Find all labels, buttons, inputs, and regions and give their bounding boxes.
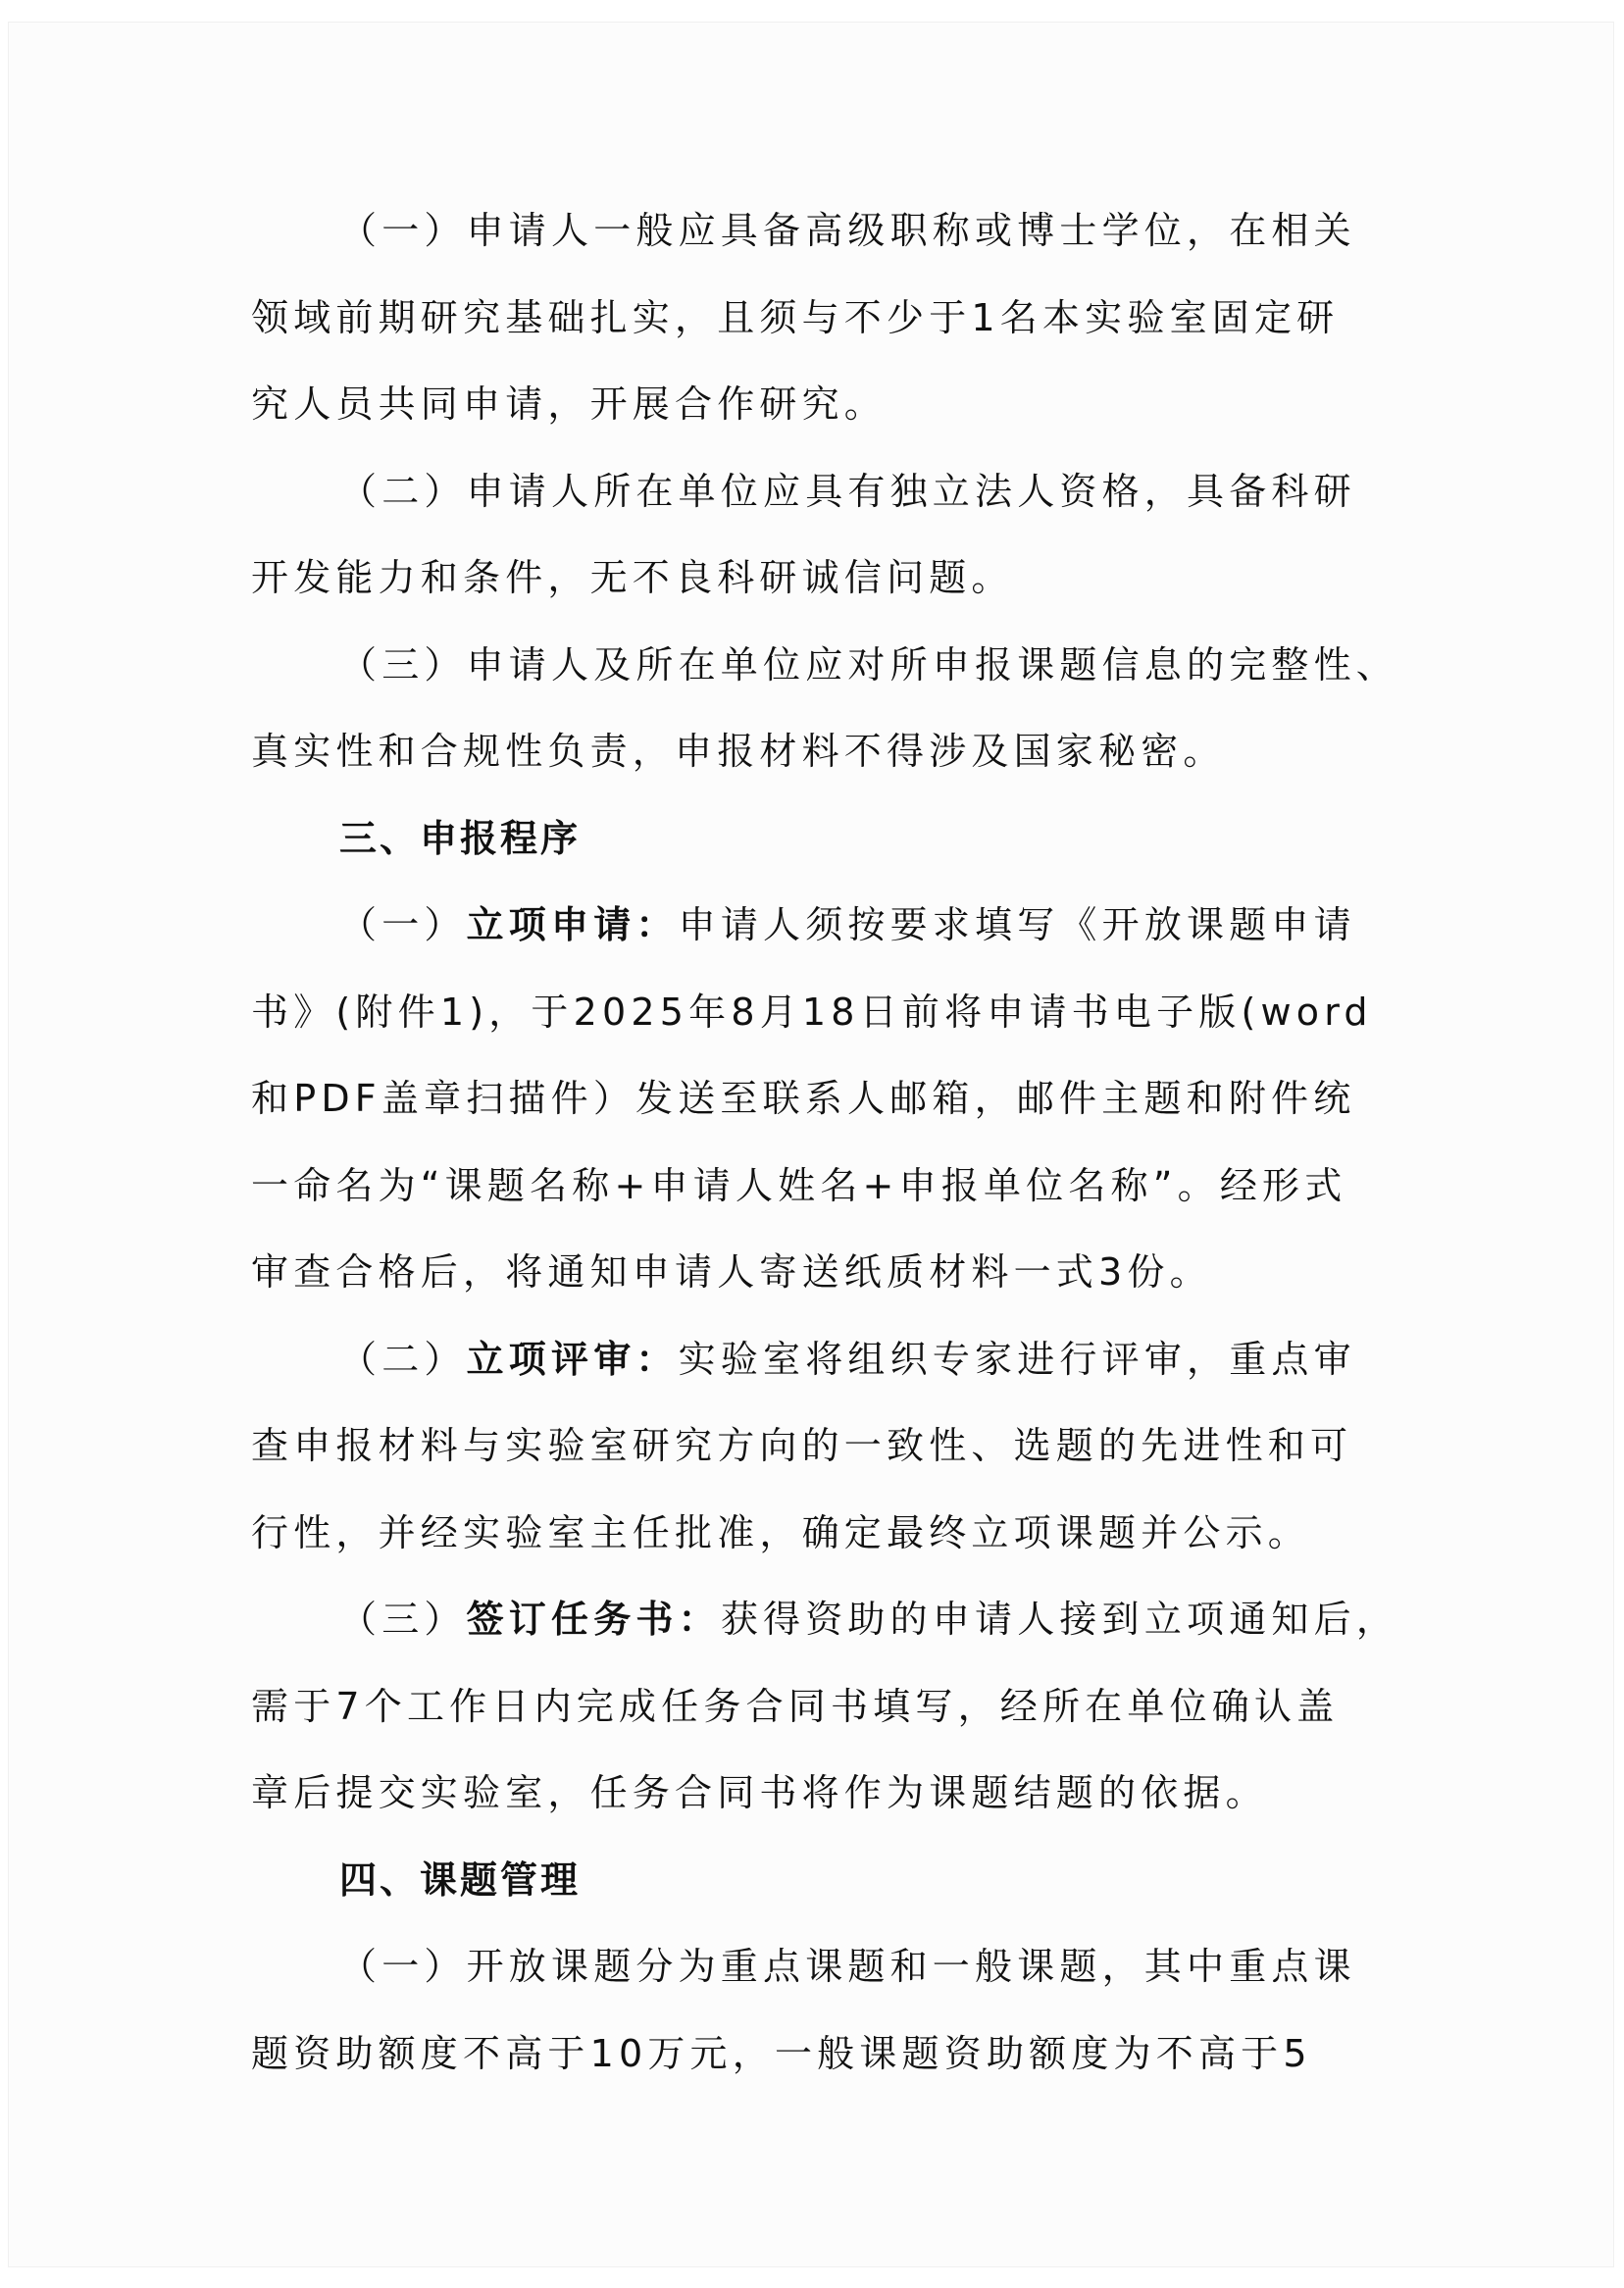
text-line: 审查合格后，将通知申请人寄送纸质材料一式3份。 [251,1243,1379,1330]
text-line: 章后提交实验室，任务合同书将作为课题结题的依据。 [251,1763,1379,1851]
management-item-1: （一）开放课题分为重点课题和一般课题，其中重点课 题资助额度不高于10万元，一般… [251,1937,1379,2110]
text-line: 和PDF盖章扫描件）发送至联系人邮箱，邮件主题和附件统 [251,1069,1379,1156]
procedure-item-review: （二）立项评审：实验室将组织专家进行评审，重点审 查申报材料与实验室研究方向的一… [251,1330,1379,1591]
item-bold-label: 立项申请： [467,903,679,946]
text-line: 行性，并经实验室主任批准，确定最终立项课题并公示。 [251,1503,1379,1591]
procedure-item-application: （一）立项申请：申请人须按要求填写《开放课题申请 书》(附件1)，于2025年8… [251,895,1379,1330]
text-line: 查申报材料与实验室研究方向的一致性、选题的先进性和可 [251,1416,1379,1503]
text-line: 开发能力和条件，无不良科研诚信问题。 [251,548,1379,636]
item-text: 获得资助的申请人接到立项通知后， [721,1598,1398,1641]
text-line: （一）开放课题分为重点课题和一般课题，其中重点课 [251,1937,1379,2024]
eligibility-item-1: （一）申请人一般应具备高级职称或博士学位，在相关 领域前期研究基础扎实，且须与不… [251,201,1379,462]
procedure-item-contract: （三）签订任务书：获得资助的申请人接到立项通知后， 需于7个工作日内完成任务合同… [251,1590,1379,1851]
section-heading-project-management: 四、课题管理 [251,1851,1379,1938]
text-line: （三）申请人及所在单位应对所申报课题信息的完整性、 [251,636,1379,723]
text-line: 究人员共同申请，开展合作研究。 [251,375,1379,462]
eligibility-item-2: （二）申请人所在单位应具有独立法人资格，具备科研 开发能力和条件，无不良科研诚信… [251,462,1379,636]
text-line: 需于7个工作日内完成任务合同书填写，经所在单位确认盖 [251,1677,1379,1764]
item-text: 实验室将组织专家进行评审，重点审 [679,1338,1356,1381]
item-prefix: （三） [339,1598,467,1641]
text-line: （二）申请人所在单位应具有独立法人资格，具备科研 [251,462,1379,549]
item-text: 申请人须按要求填写《开放课题申请 [679,903,1356,946]
item-prefix: （二） [339,1338,467,1381]
section-heading-application-procedure: 三、申报程序 [251,809,1379,896]
document-body: （一）申请人一般应具备高级职称或博士学位，在相关 领域前期研究基础扎实，且须与不… [251,201,1379,2110]
text-line: （一）申请人一般应具备高级职称或博士学位，在相关 [251,201,1379,288]
text-line: （一）立项申请：申请人须按要求填写《开放课题申请 [251,895,1379,983]
text-line: （二）立项评审：实验室将组织专家进行评审，重点审 [251,1330,1379,1417]
item-prefix: （一） [339,903,467,946]
text-line: 领域前期研究基础扎实，且须与不少于1名本实验室固定研 [251,288,1379,376]
text-line: （三）签订任务书：获得资助的申请人接到立项通知后， [251,1590,1379,1677]
item-bold-label: 签订任务书： [467,1598,721,1641]
text-line: 真实性和合规性负责，申报材料不得涉及国家秘密。 [251,722,1379,809]
text-line: 书》(附件1)，于2025年8月18日前将申请书电子版(word [251,983,1379,1070]
eligibility-item-3: （三）申请人及所在单位应对所申报课题信息的完整性、 真实性和合规性负责，申报材料… [251,636,1379,809]
text-line: 题资助额度不高于10万元，一般课题资助额度为不高于5 [251,2024,1379,2111]
item-bold-label: 立项评审： [467,1338,679,1381]
text-line: 一命名为“课题名称+申请人姓名+申报单位名称”。经形式 [251,1156,1379,1244]
